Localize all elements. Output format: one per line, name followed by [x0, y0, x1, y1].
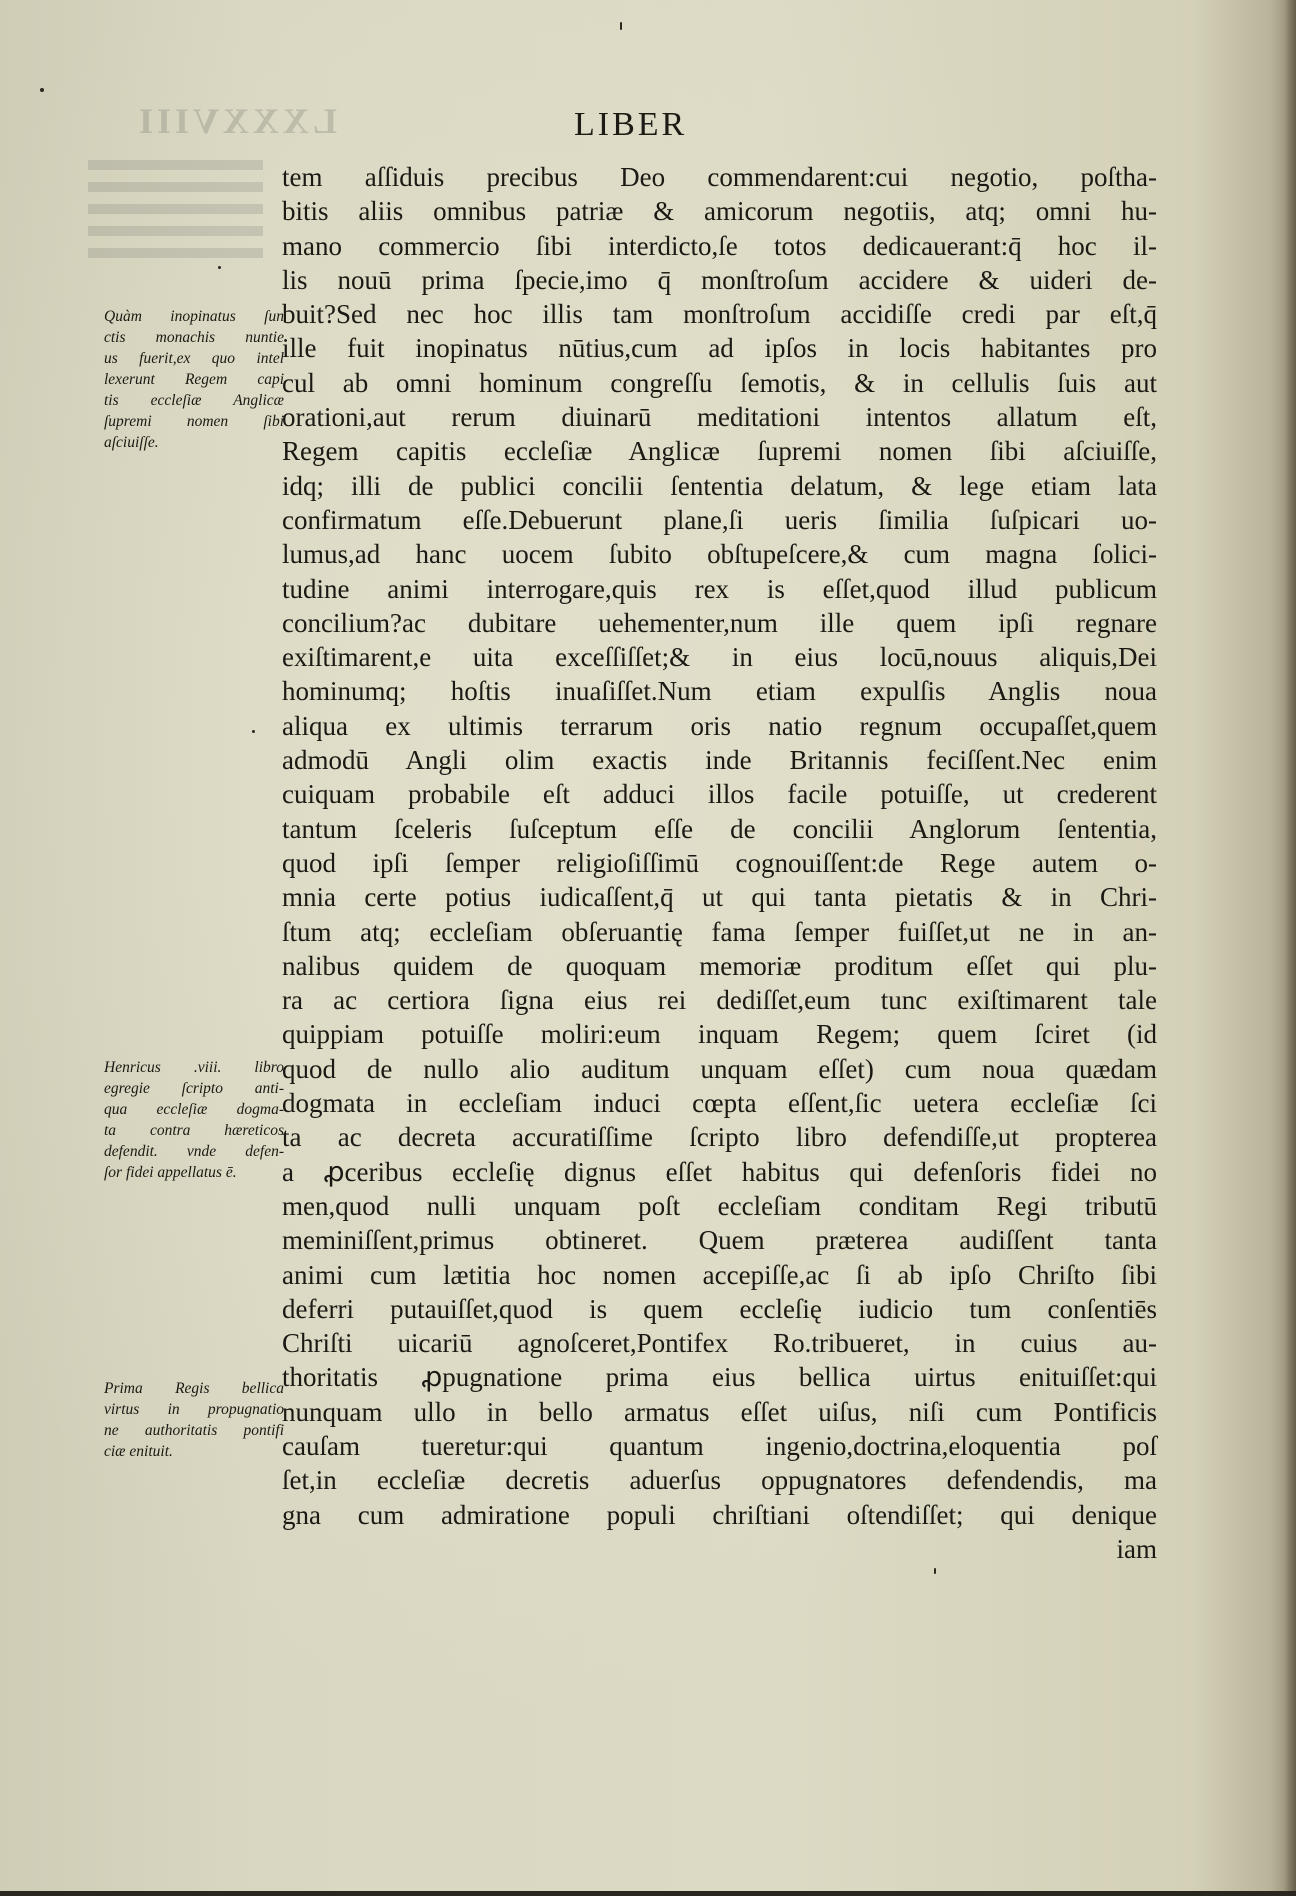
margin-note-line: ſor fidei appellatus ē. [104, 1162, 284, 1183]
text-line: ſet,in eccleſiæ decretis aduerſus oppugn… [282, 1463, 1157, 1497]
text-line: confirmatum eſſe.Debuerunt plane,ſi ueri… [282, 503, 1157, 537]
text-line: nalibus quidem de quoquam memoriæ prodit… [282, 949, 1157, 983]
text-line: hominumq; hoſtis inuaſiſſet.Num etiam ex… [282, 674, 1157, 708]
text-line: ra ac certiora ſigna eius rei dediſſet,e… [282, 983, 1157, 1017]
text-line: Regem capitis eccleſiæ Anglicæ ſupremi n… [282, 434, 1157, 468]
text-line: Chriſti uicariū agnoſceret,Pontifex Ro.t… [282, 1326, 1157, 1360]
text-line: a ꝓceribus eccleſię dignus eſſet habitus… [282, 1155, 1157, 1189]
text-line: tudine animi interrogare,quis rex is eſſ… [282, 572, 1157, 606]
margin-note-line: virtus in propugnatio [104, 1399, 284, 1420]
paper-speck [218, 266, 221, 269]
margin-note-line: ta contra hæreticos [104, 1120, 284, 1141]
text-line: tantum ſceleris ſuſceptum eſſe de concil… [282, 812, 1157, 846]
margin-note-line: tis eccleſiæ Anglicæ [104, 390, 284, 411]
text-line: ta ac decreta accuratiſſime ſcripto libr… [282, 1120, 1157, 1154]
paper-speck [934, 1568, 936, 1574]
margin-note-line: lexerunt Regem capi [104, 369, 284, 390]
main-text-block: tem aſſiduis precibus Deo commendarent:c… [282, 160, 1157, 1566]
text-line: lis nouū prima ſpecie,imo q̄ monſtroſum … [282, 263, 1157, 297]
margin-note-line: ctis monachis nuntie [104, 327, 284, 348]
text-line: cul ab omni hominum congreſſu ſemotis, &… [282, 366, 1157, 400]
text-line: men,quod nulli unquam poſt eccleſiam con… [282, 1189, 1157, 1223]
text-line: meminiſſent,primus obtineret. Quem præte… [282, 1223, 1157, 1257]
text-line: orationi,aut rerum diuinarū meditationi … [282, 400, 1157, 434]
text-line: cauſam tueretur:qui quantum ingenio,doct… [282, 1429, 1157, 1463]
text-line: mano commercio ſibi interdicto,ſe totos … [282, 229, 1157, 263]
margin-note-line: ne authoritatis pontifi [104, 1420, 284, 1441]
text-line: thoritatis ꝓpugnatione prima eius bellic… [282, 1360, 1157, 1394]
text-line: admodū Angli olim exactis inde Britannis… [282, 743, 1157, 777]
running-head: LIBER [574, 106, 687, 144]
text-line: cuiquam probabile eſt adduci illos facil… [282, 777, 1157, 811]
margin-note-line: qua eccleſiæ dogma- [104, 1099, 284, 1120]
text-line: quod ipſi ſemper religioſiſſimū cognouiſ… [282, 846, 1157, 880]
catchword: iam [282, 1532, 1157, 1566]
paper-speck [620, 22, 622, 30]
page-bottom-edge [0, 1891, 1296, 1896]
page-edge-shadow [1284, 0, 1296, 1896]
show-through-header: LXXXVIII [135, 100, 337, 142]
text-line: quod de nullo alio auditum unquam eſſet)… [282, 1052, 1157, 1086]
text-line: tem aſſiduis precibus Deo commendarent:c… [282, 160, 1157, 194]
text-line: exiſtimarent,e uita exceſſiſſet;& in eiu… [282, 640, 1157, 674]
paper-speck [40, 88, 44, 92]
margin-note-line: Henricus .viii. libro [104, 1057, 284, 1078]
show-through-text [88, 160, 263, 260]
text-line: animi cum lætitia hoc nomen accepiſſe,ac… [282, 1258, 1157, 1292]
text-line: dogmata in eccleſiam induci cœpta eſſent… [282, 1086, 1157, 1120]
text-line: idq; illi de publici concilii ſententia … [282, 469, 1157, 503]
book-page: LXXXVIII LIBER tem aſſiduis precibus Deo… [0, 0, 1296, 1896]
text-line: buit?Sed nec hoc illis tam monſtroſum ac… [282, 297, 1157, 331]
margin-note-line: Quàm inopinatus ſun [104, 306, 284, 327]
text-line: gna cum admiratione populi chriſtiani oſ… [282, 1498, 1157, 1532]
margin-note-line: defendit. vnde defen- [104, 1141, 284, 1162]
text-line: nunquam ullo in bello armatus eſſet uiſu… [282, 1395, 1157, 1429]
margin-note-line: Prima Regis bellica [104, 1378, 284, 1399]
text-line: bitis aliis omnibus patriæ & amicorum ne… [282, 194, 1157, 228]
margin-note-line: egregie ſcripto anti- [104, 1078, 284, 1099]
margin-note-henricus: Henricus .viii. libro egregie ſcripto an… [104, 1057, 284, 1183]
text-line: lumus,ad hanc uocem ſubito obſtupeſcere,… [282, 537, 1157, 571]
text-line: quippiam potuiſſe moliri:eum inquam Rege… [282, 1017, 1157, 1051]
margin-note-prima-regis: Prima Regis bellica virtus in propugnati… [104, 1378, 284, 1462]
text-line: concilium?ac dubitare uehementer,num ill… [282, 606, 1157, 640]
margin-note-line: ciæ enituit. [104, 1441, 284, 1462]
margin-note-line: aſciuiſſe. [104, 432, 284, 453]
text-line: aliqua ex ultimis terrarum oris natio re… [282, 709, 1157, 743]
margin-note-line: ſupremi nomen ſibi [104, 411, 284, 432]
text-line: mnia certe potius iudicaſſent,q̄ ut qui … [282, 880, 1157, 914]
text-line: ſtum atq; eccleſiam obſeruantię fama ſem… [282, 915, 1157, 949]
margin-note-inopinatus: Quàm inopinatus ſun ctis monachis nuntie… [104, 306, 284, 453]
margin-note-line: us fuerit,ex quo intel [104, 348, 284, 369]
text-line: deferri putauiſſet,quod is quem eccleſię… [282, 1292, 1157, 1326]
paper-speck [252, 730, 255, 733]
text-line: ille fuit inopinatus nūtius,cum ad ipſos… [282, 331, 1157, 365]
